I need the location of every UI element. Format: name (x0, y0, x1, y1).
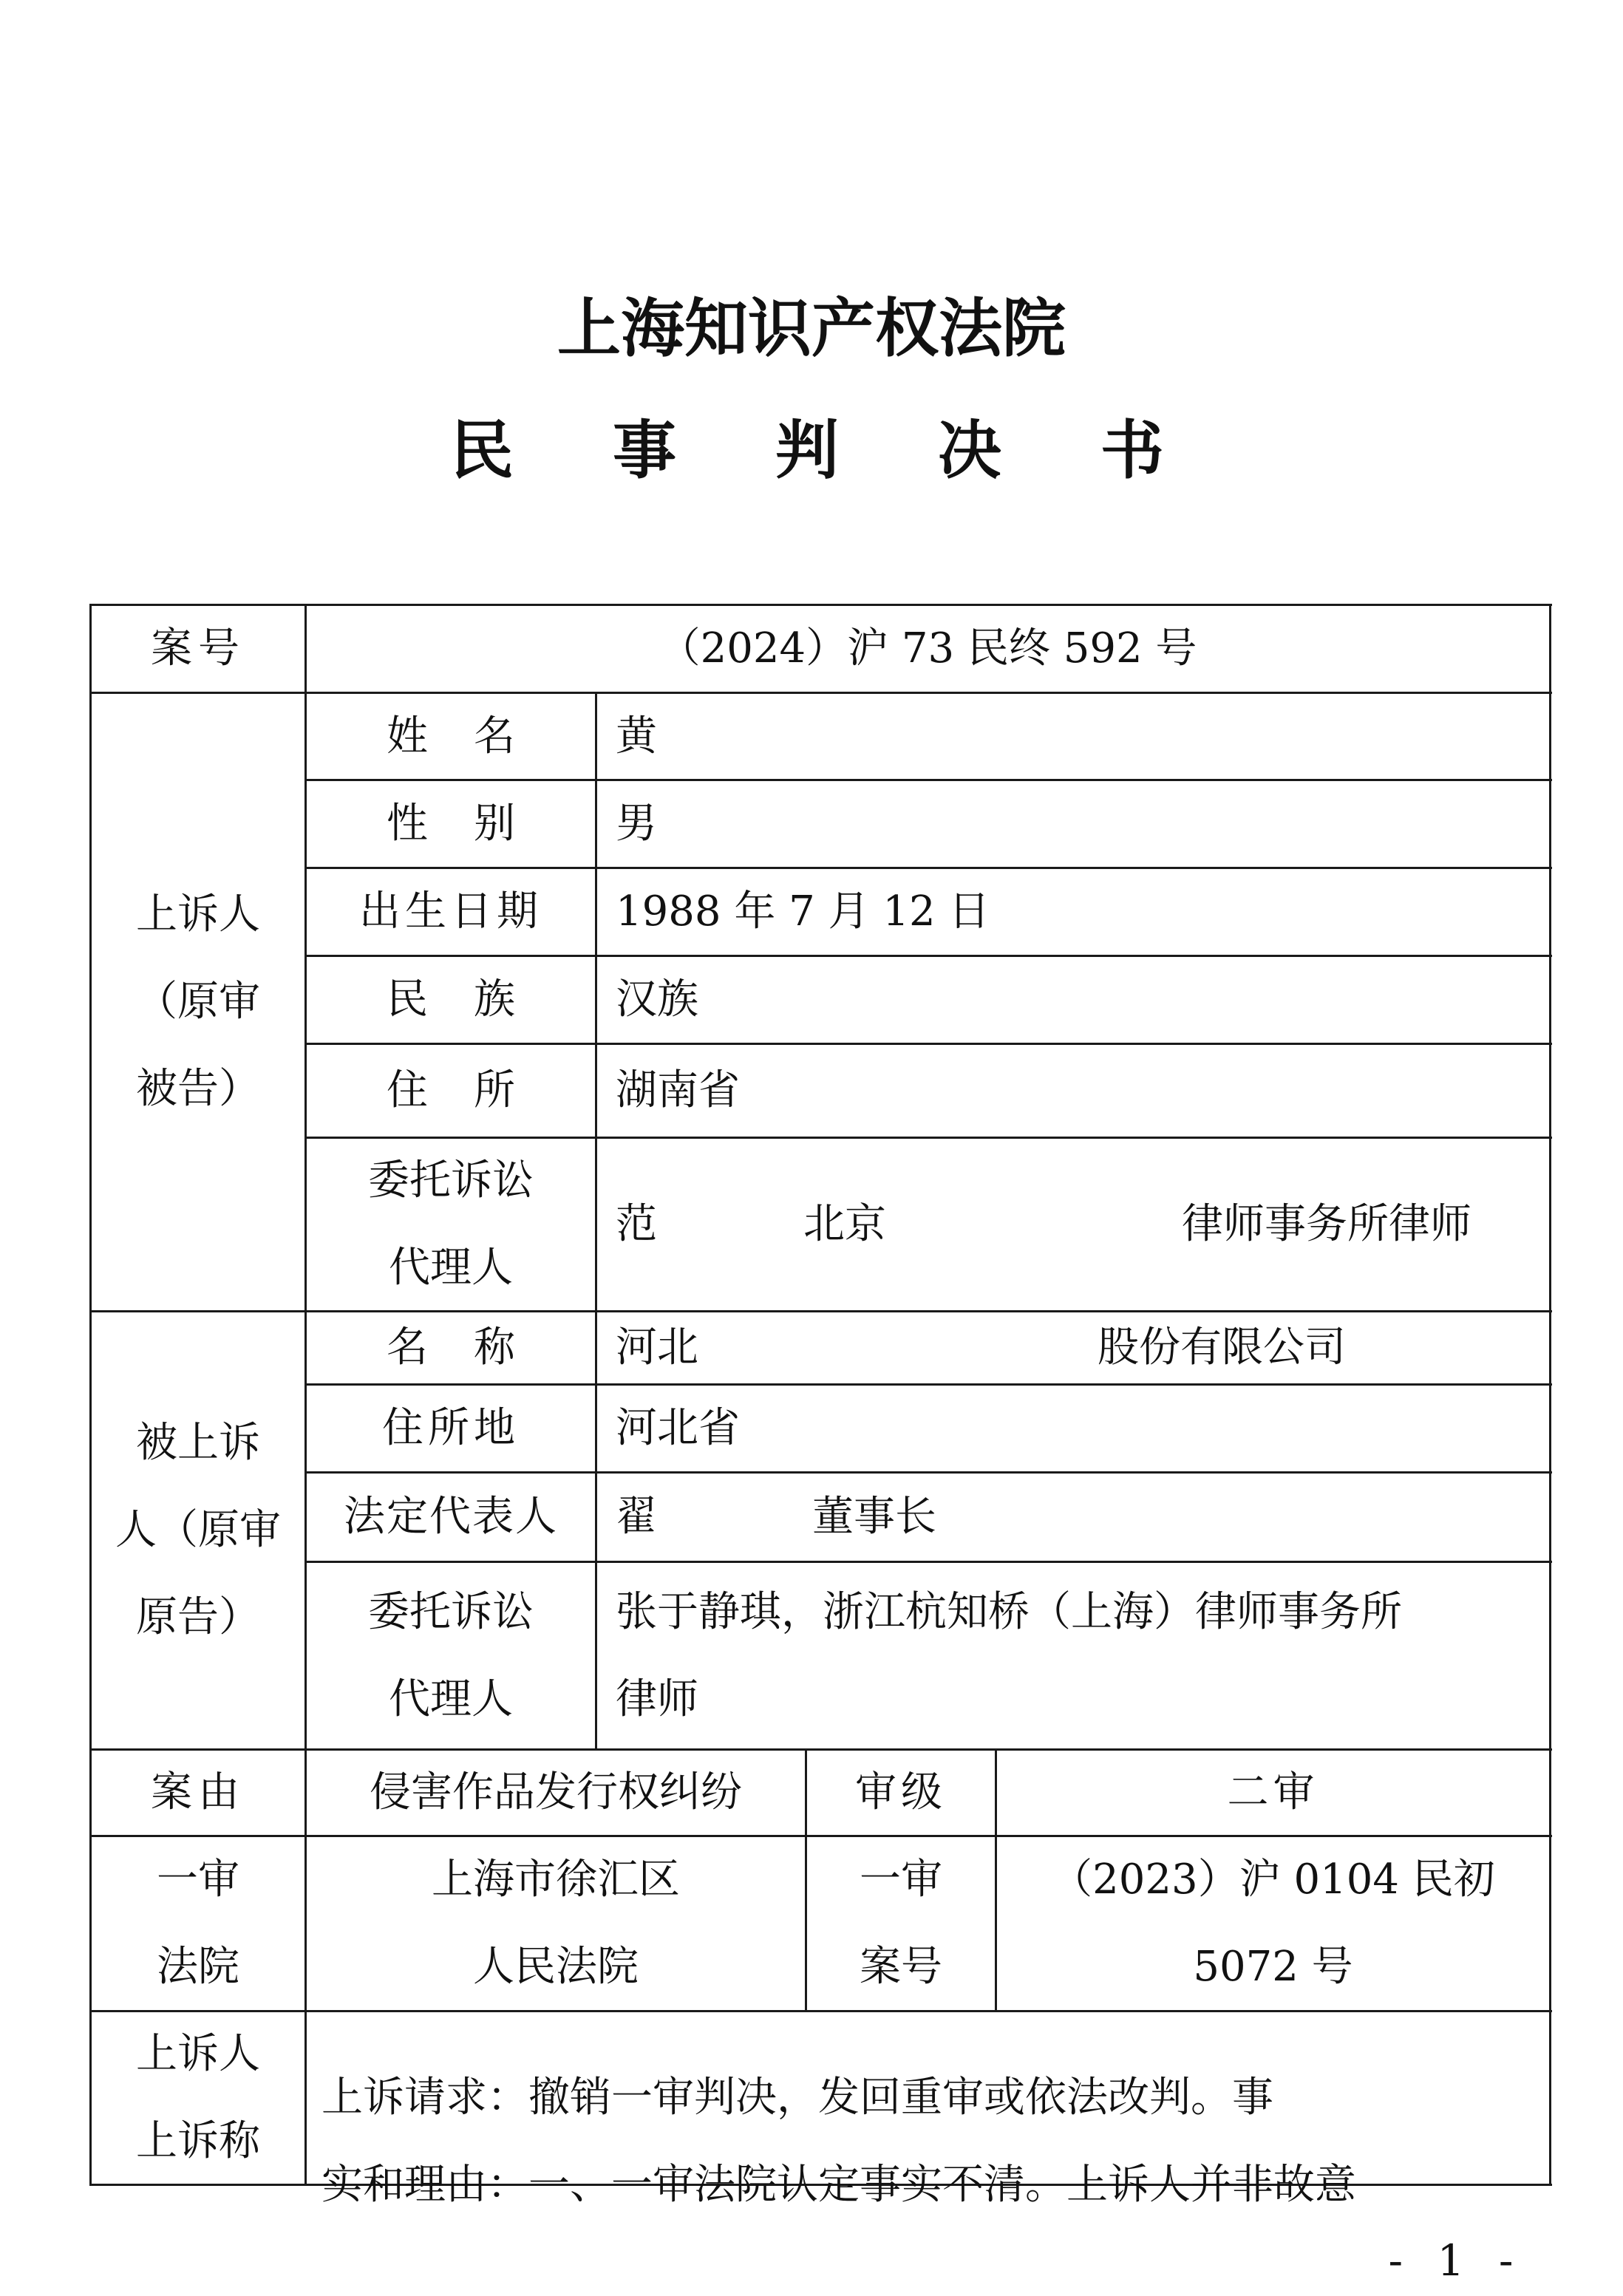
appellee-agent-label: 委托诉讼 代理人 (307, 1563, 595, 1748)
paragraph-line: 上诉请求：撤销一审判决，发回重审或依法改判。事 (321, 1967, 1273, 2142)
label-line: 一审 (860, 1836, 942, 1924)
appellee-name-label: 名称 (307, 1312, 595, 1383)
agent-firm-suffix: 律师事务所律师 (1182, 1181, 1471, 1268)
appellee-label-line: 人（原审 (115, 1487, 281, 1574)
appeal-claims-label: 上诉人 上诉称 (92, 2012, 304, 2184)
appellant-name-label: 姓名 (307, 694, 595, 779)
first-instance-court-label: 一审 法院 (92, 1837, 304, 2010)
appellant-label-line: 上诉人 (136, 871, 260, 958)
paragraph-text: 上诉请求：撤销一审判决，发回重审或依法改判。事 (321, 2054, 1273, 2142)
appellant-agent-value: 范 北京 律师事务所律师 (597, 1139, 1549, 1310)
representative-title: 董事长 (812, 1474, 936, 1561)
agent-firm-city: 北京 (803, 1181, 886, 1268)
representative-name: 翟 (616, 1474, 657, 1561)
appellant-residence-value: 湖南省 (597, 1045, 1549, 1137)
page-number: - 1 - (1382, 2235, 1530, 2286)
trial-level-label: 审级 (807, 1751, 995, 1835)
document-type-title: 民 事 判 决 书 (0, 410, 1623, 491)
appellee-name-value: 河北 股份有限公司 (597, 1312, 1549, 1383)
appellee-address-value: 河北省 (597, 1386, 1549, 1471)
agent-name: 范 (616, 1181, 657, 1268)
case-number-label: 案号 (92, 606, 304, 692)
value-line: 上海市徐汇区 (432, 1836, 680, 1924)
label-line: 法院 (157, 1924, 239, 2011)
appellee-label-line: 被上诉 (136, 1400, 260, 1487)
appellant-name-value: 黄 (597, 694, 1549, 779)
label-line: 一审 (157, 1836, 239, 1924)
appellee-label-line: 原告） (136, 1574, 260, 1661)
appellant-label-line: 被告） (136, 1046, 260, 1133)
appellant-label-line: （原审 (136, 958, 260, 1046)
appellant-birthdate-label: 出生日期 (307, 869, 595, 955)
appellant-gender-label: 性别 (307, 781, 595, 867)
appellant-gender-value: 男 (597, 781, 1549, 867)
case-number-value: （2024）沪 73 民终 592 号 (307, 606, 1549, 692)
agent-label-line: 代理人 (389, 1224, 513, 1312)
trial-level-value: 二审 (997, 1751, 1549, 1835)
agent-label-line: 委托诉讼 (368, 1569, 534, 1656)
appellant-agent-label: 委托诉讼 代理人 (307, 1139, 595, 1310)
appeal-claims-text: 上诉请求：撤销一审判决，发回重审或依法改判。事 实和理由：一、一审法院认定事实不… (307, 2012, 1549, 2184)
label-line: 上诉称 (136, 2098, 260, 2185)
appellee-representative-label: 法定代表人 (307, 1474, 595, 1561)
table-border-right (1549, 604, 1551, 2186)
appellant-birthdate-value: 1988 年 7 月 12 日 (597, 869, 1549, 955)
cause-value: 侵害作品发行权纠纷 (307, 1751, 805, 1835)
court-name-title: 上海知识产权法院 (0, 288, 1623, 369)
label-line: 上诉人 (136, 2011, 260, 2098)
appellee-representative-value: 翟 董事长 (597, 1474, 1549, 1561)
agent-label-line: 委托诉讼 (368, 1137, 534, 1224)
appellee-group-label: 被上诉 人（原审 原告） (92, 1312, 304, 1748)
value-line: （2023）沪 0104 民初 (1051, 1836, 1495, 1924)
appellant-ethnicity-label: 民族 (307, 957, 595, 1043)
appellant-residence-label: 住所 (307, 1045, 595, 1137)
agent-label-line: 代理人 (389, 1656, 513, 1743)
appellant-ethnicity-value: 汉族 (597, 957, 1549, 1043)
company-prefix: 河北 (616, 1304, 698, 1391)
agent-value-line: 律师 (616, 1656, 698, 1743)
appellee-address-label: 住所地 (307, 1386, 595, 1471)
paragraph-line: 实和理由：一、一审法院认定事实不清。上诉人并非故意 (321, 2142, 1356, 2229)
appellant-group-label: 上诉人 （原审 被告） (92, 694, 304, 1310)
agent-value-line: 张于静琪，浙江杭知桥（上海）律师事务所 (616, 1569, 1402, 1656)
company-suffix: 股份有限公司 (1098, 1304, 1346, 1391)
appellee-agent-value: 张于静琪，浙江杭知桥（上海）律师事务所 律师 (597, 1563, 1549, 1748)
cause-label: 案由 (92, 1751, 304, 1835)
